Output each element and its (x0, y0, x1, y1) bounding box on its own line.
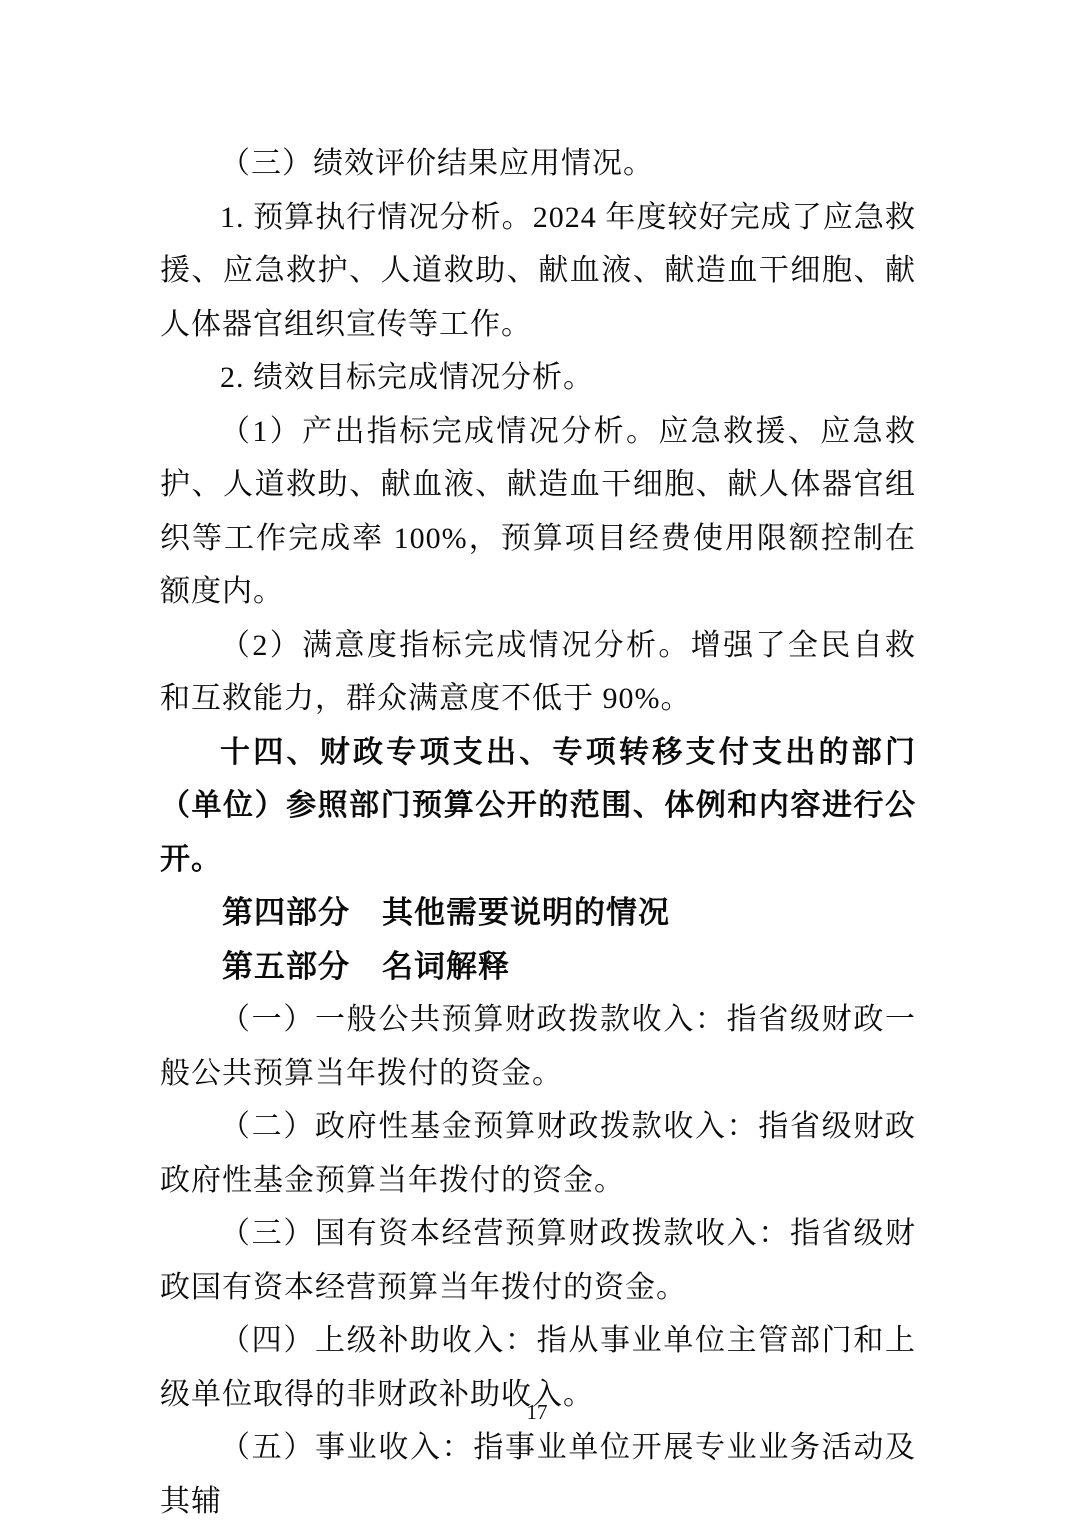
para-term-general-public-budget-appropriation-income: （一）一般公共预算财政拨款收入：指省级财政一般公共预算当年拨付的资金。 (160, 993, 916, 1100)
para-term-state-capital-operation-budget-appropriation-income: （三）国有资本经营预算财政拨款收入：指省级财政国有资本经营预算当年拨付的资金。 (160, 1207, 916, 1314)
heading-part-five-glossary: 第五部分 名词解释 (160, 940, 916, 994)
para-budget-execution-analysis: 1. 预算执行情况分析。2024 年度较好完成了应急救援、应急救护、人道救助、献… (160, 191, 916, 352)
document-text-block: （三）绩效评价结果应用情况。 1. 预算执行情况分析。2024 年度较好完成了应… (160, 137, 916, 1520)
para-term-government-fund-budget-appropriation-income: （二）政府性基金预算财政拨款收入：指省级财政政府性基金预算当年拨付的资金。 (160, 1100, 916, 1207)
para-satisfaction-indicator-completion-analysis: （2）满意度指标完成情况分析。增强了全民自救和互救能力，群众满意度不低于 90%… (160, 619, 916, 726)
para-output-indicator-completion-analysis: （1）产出指标完成情况分析。应急救援、应急救护、人道救助、献血液、献造血干细胞、… (160, 405, 916, 619)
para-term-business-income: （五）事业收入：指事业单位开展专业业务活动及其辅 (160, 1421, 916, 1520)
page-number: 17 (0, 1400, 1074, 1425)
document-page: （三）绩效评价结果应用情况。 1. 预算执行情况分析。2024 年度较好完成了应… (0, 0, 1074, 1520)
heading-part-four-other-matters: 第四部分 其他需要说明的情况 (160, 886, 916, 940)
para-performance-evaluation-result-application: （三）绩效评价结果应用情况。 (160, 137, 916, 191)
para-performance-target-completion-analysis: 2. 绩效目标完成情况分析。 (160, 351, 916, 405)
para-item-fourteen-special-fiscal-expenditure: 十四、财政专项支出、专项转移支付支出的部门（单位）参照部门预算公开的范围、体例和… (160, 726, 916, 887)
